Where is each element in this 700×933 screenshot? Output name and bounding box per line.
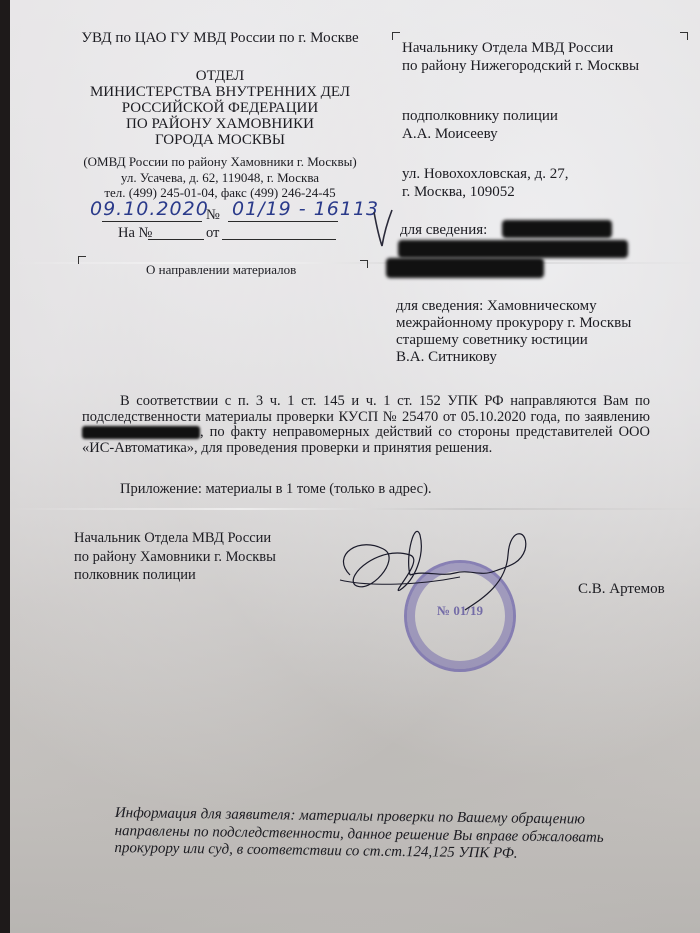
applicant-info: Информация для заявителя: материалы пров… bbox=[114, 805, 635, 865]
redacted-block bbox=[82, 426, 200, 439]
org-address: ул. Усачева, д. 62, 119048, г. Москва bbox=[40, 170, 400, 185]
cc-prosecutor: старшему советнику юстиции bbox=[396, 332, 588, 349]
recipient-name: А.А. Моисееву bbox=[402, 126, 498, 143]
redacted-block bbox=[502, 220, 612, 238]
cc-prosecutor: межрайонному прокурору г. Москвы bbox=[396, 315, 631, 332]
paper-fold bbox=[10, 508, 700, 510]
signatory-title: Начальник Отдела МВД России bbox=[74, 530, 271, 547]
cc-prosecutor: для сведения: Хамовническому bbox=[396, 298, 597, 315]
address-corner-mark bbox=[392, 32, 400, 40]
org-line: ПО РАЙОНУ ХАМОВНИКИ bbox=[40, 116, 400, 133]
body-paragraph: В соответствии с п. 3 ч. 1 ст. 145 и ч. … bbox=[82, 394, 650, 456]
reply-from-label: от bbox=[206, 225, 219, 242]
attachment-note: Приложение: материалы в 1 томе (только в… bbox=[120, 481, 432, 498]
registration-number: 01/19 - 16113 bbox=[232, 198, 379, 220]
recipient-address: г. Москва, 109052 bbox=[402, 184, 515, 201]
registration-date: 09.10.2020 bbox=[90, 198, 209, 220]
signatory-name: С.В. Артемов bbox=[578, 581, 665, 598]
body-text: В соответствии с п. 3 ч. 1 ст. 145 и ч. … bbox=[82, 393, 650, 425]
org-short-name: (ОМВД России по району Хамовники г. Моск… bbox=[40, 154, 400, 169]
signature-icon bbox=[330, 515, 540, 615]
redacted-block bbox=[386, 258, 544, 278]
address-corner-mark bbox=[680, 32, 688, 40]
org-line: РОССИЙСКОЙ ФЕДЕРАЦИИ bbox=[40, 100, 400, 117]
signatory-title: по району Хамовники г. Москвы bbox=[74, 549, 276, 566]
cc-prosecutor: В.А. Ситникову bbox=[396, 349, 497, 366]
signatory-rank: полковник полиции bbox=[74, 567, 196, 584]
parent-organization: УВД по ЦАО ГУ МВД России по г. Москве bbox=[40, 30, 400, 47]
date-underline bbox=[102, 221, 202, 222]
subject: О направлении материалов bbox=[146, 262, 296, 277]
checkmark-icon bbox=[372, 208, 396, 250]
org-line: МИНИСТЕРСТВА ВНУТРЕННИХ ДЕЛ bbox=[40, 84, 400, 101]
recipient-rank: подполковнику полиции bbox=[402, 108, 558, 125]
paper-fold bbox=[10, 262, 700, 264]
cc-label: для сведения: bbox=[400, 222, 487, 239]
reply-from-underline bbox=[222, 239, 336, 240]
reply-to-underline bbox=[148, 239, 204, 240]
number-label: № bbox=[206, 207, 220, 224]
recipient-title: по району Нижегородский г. Москвы bbox=[402, 58, 639, 75]
org-line: ГОРОДА МОСКВЫ bbox=[40, 132, 400, 149]
subject-corner-mark bbox=[360, 260, 368, 268]
recipient-address: ул. Новохохловская, д. 27, bbox=[402, 166, 568, 183]
recipient-title: Начальнику Отдела МВД России bbox=[402, 40, 613, 57]
org-line: ОТДЕЛ bbox=[40, 68, 400, 85]
redacted-block bbox=[398, 240, 628, 258]
subject-corner-mark bbox=[78, 256, 86, 264]
number-underline bbox=[228, 221, 338, 222]
